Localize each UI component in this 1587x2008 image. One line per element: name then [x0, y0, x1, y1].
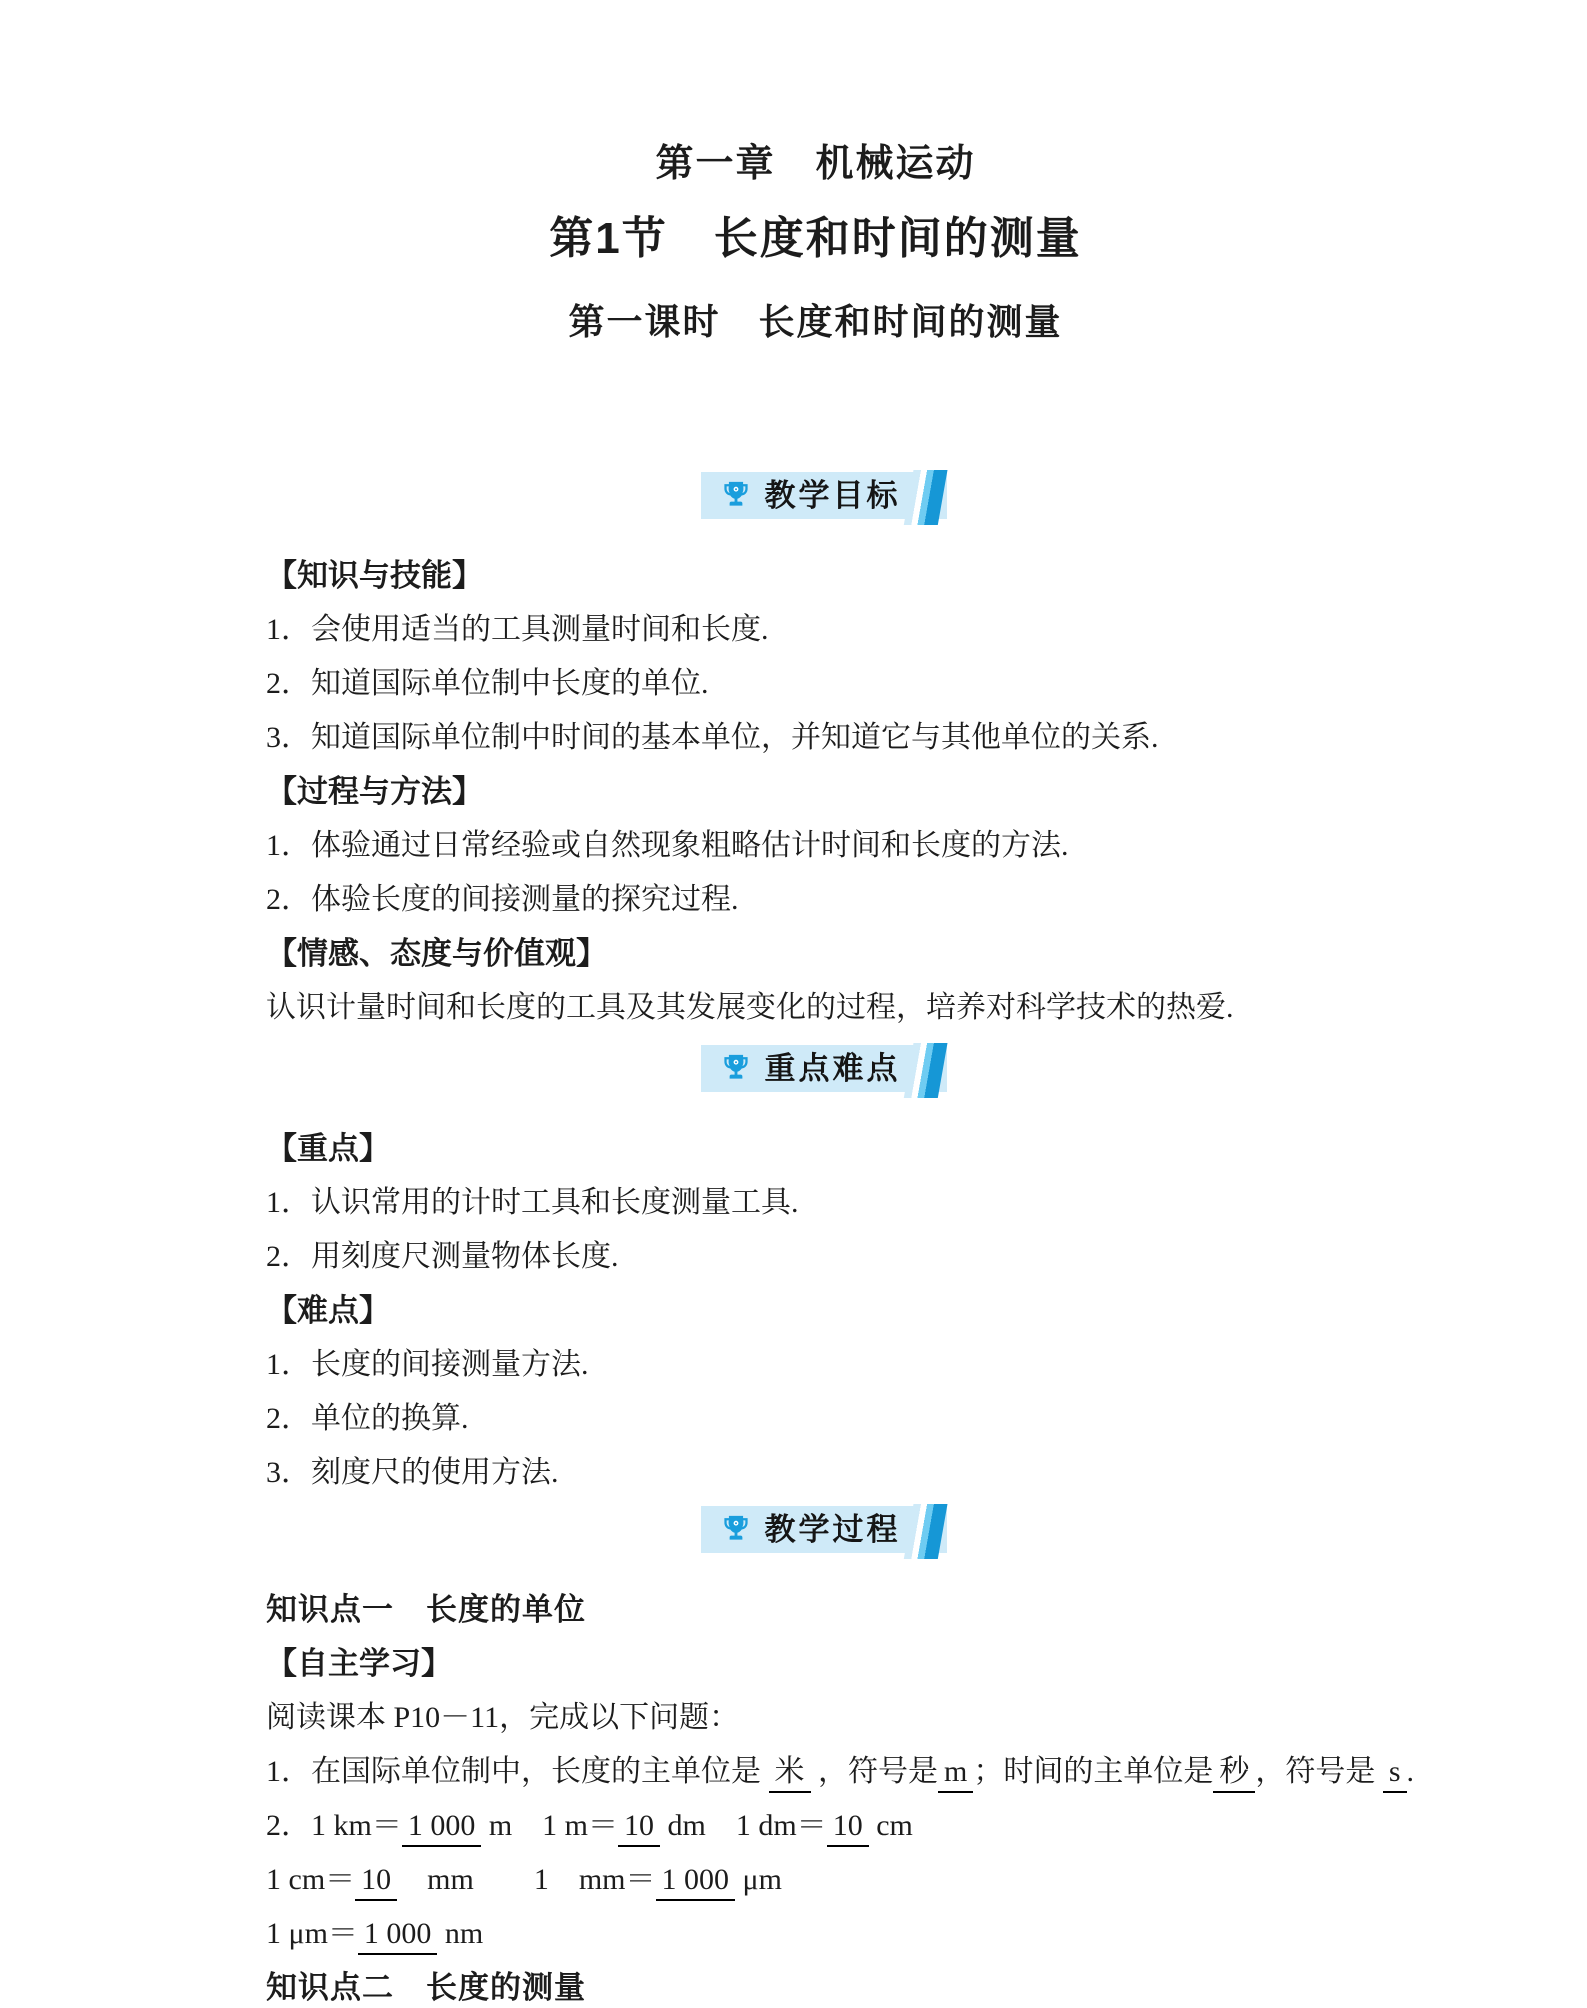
process-item: 2．体验长度的间接测量的探究过程.	[266, 873, 1437, 927]
trophy-icon	[719, 1052, 753, 1086]
section-banner-objectives: 教学目标	[701, 472, 947, 519]
answer-blank: 1 000	[656, 1861, 736, 1901]
conversion-line-1: 1 cm＝10 mm 1 mm＝1 000 μm	[266, 1853, 1437, 1907]
answer-blank: 米	[769, 1753, 811, 1793]
reading-prompt: 阅读课本 P10－11，完成以下问题：	[266, 1691, 1437, 1745]
section-banner-keypoints: 重点难点	[701, 1045, 947, 1092]
text-segment: dm 1 dm＝	[660, 1809, 827, 1842]
trophy-icon	[719, 1513, 753, 1547]
conversion-line-2: 1 μm＝1 000 nm	[266, 1907, 1437, 1961]
text-segment: m 1 m＝	[481, 1809, 618, 1842]
banner-label-process: 教学过程	[765, 1506, 901, 1553]
banner-label-objectives: 教学目标	[765, 472, 901, 519]
answer-blank: 10	[355, 1861, 397, 1901]
knowledge-item: 1．会使用适当的工具测量时间和长度.	[266, 603, 1437, 657]
text-segment: .	[1407, 1755, 1415, 1788]
key-item: 1．认识常用的计时工具和长度测量工具.	[266, 1176, 1437, 1230]
teaching-process-section: 知识点一 长度的单位 【自主学习】 阅读课本 P10－11，完成以下问题： 1．…	[0, 1583, 1587, 2008]
text-segment: 1．在国际单位制中，长度的主单位是	[266, 1755, 769, 1788]
knowledge-point-1-heading: 知识点一 长度的单位	[266, 1583, 1437, 1637]
self-study-heading: 【自主学习】	[266, 1637, 1437, 1691]
text-segment: 1 cm＝	[266, 1863, 355, 1896]
banner-tail-decoration	[903, 470, 947, 525]
process-method-heading: 【过程与方法】	[266, 765, 1437, 819]
text-segment: ，符号是	[811, 1755, 939, 1788]
text-segment: cm	[869, 1809, 913, 1842]
process-item: 1．体验通过日常经验或自然现象粗略估计时间和长度的方法.	[266, 819, 1437, 873]
lesson-title: 第一课时 长度和时间的测量	[22, 300, 1587, 344]
chapter-title: 第一章 机械运动	[22, 140, 1587, 188]
text-segment: 1 μm＝	[266, 1917, 358, 1950]
knowledge-point-2-heading: 知识点二 长度的测量	[266, 1961, 1437, 2008]
knowledge-item: 3．知道国际单位制中时间的基本单位，并知道它与其他单位的关系.	[266, 711, 1437, 765]
section-title: 第1节 长度和时间的测量	[22, 212, 1587, 266]
banner-label-keypoints: 重点难点	[765, 1045, 901, 1092]
question-1: 1．在国际单位制中，长度的主单位是 米 ，符号是m；时间的主单位是秒，符号是 s…	[266, 1745, 1437, 1799]
difficult-heading: 【难点】	[266, 1284, 1437, 1338]
key-item: 2．用刻度尺测量物体长度.	[266, 1230, 1437, 1284]
text-segment: 2．1 km＝	[266, 1809, 402, 1842]
answer-blank: m	[938, 1753, 973, 1793]
answer-blank: 1 000	[402, 1807, 482, 1847]
question-2: 2．1 km＝1 000 m 1 m＝10 dm 1 dm＝10 cm	[266, 1799, 1437, 1853]
title-block: 第一章 机械运动 第1节 长度和时间的测量 第一课时 长度和时间的测量	[22, 140, 1587, 344]
banner-row-objectives: 教学目标	[30, 472, 1587, 519]
banner-row-process: 教学过程	[30, 1506, 1587, 1553]
answer-blank: s	[1383, 1753, 1407, 1793]
banner-tail-decoration	[903, 1504, 947, 1559]
text-segment: mm 1 mm＝	[397, 1863, 655, 1896]
emotion-values-heading: 【情感、态度与价值观】	[266, 927, 1437, 981]
knowledge-item: 2．知道国际单位制中长度的单位.	[266, 657, 1437, 711]
section-banner-process: 教学过程	[701, 1506, 947, 1553]
banner-tail-decoration	[903, 1043, 947, 1098]
key-heading: 【重点】	[266, 1122, 1437, 1176]
document-page: 第一章 机械运动 第1节 长度和时间的测量 第一课时 长度和时间的测量 教学目标…	[0, 0, 1587, 2008]
keypoints-section: 【重点】 1．认识常用的计时工具和长度测量工具. 2．用刻度尺测量物体长度. 【…	[0, 1122, 1587, 1500]
banner-row-keypoints: 重点难点	[30, 1045, 1587, 1092]
difficult-item: 2．单位的换算.	[266, 1392, 1437, 1446]
answer-blank: 10	[618, 1807, 660, 1847]
text-segment: ，符号是	[1255, 1755, 1383, 1788]
text-segment: μm	[735, 1863, 782, 1896]
knowledge-skills-heading: 【知识与技能】	[266, 549, 1437, 603]
difficult-item: 1．长度的间接测量方法.	[266, 1338, 1437, 1392]
answer-blank: 秒	[1213, 1753, 1255, 1793]
emotion-text: 认识计量时间和长度的工具及其发展变化的过程，培养对科学技术的热爱.	[266, 981, 1437, 1035]
difficult-item: 3．刻度尺的使用方法.	[266, 1446, 1437, 1500]
text-segment: nm	[437, 1917, 483, 1950]
answer-blank: 1 000	[358, 1915, 438, 1955]
answer-blank: 10	[827, 1807, 869, 1847]
trophy-icon	[719, 479, 753, 513]
objectives-section: 【知识与技能】 1．会使用适当的工具测量时间和长度. 2．知道国际单位制中长度的…	[0, 549, 1587, 1035]
text-segment: ；时间的主单位是	[973, 1755, 1213, 1788]
